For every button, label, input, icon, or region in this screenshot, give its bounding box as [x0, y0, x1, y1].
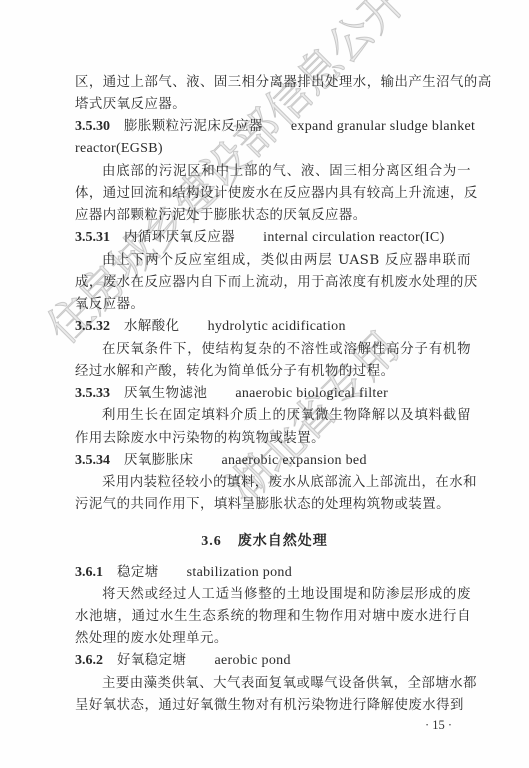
paragraph-first-line: 主要由藻类供氧、大气表面复氧或曝气设备供氧，全部塘水都	[102, 673, 471, 695]
text-line: 污泥气的共同作用下，填料呈膨胀状态的处理构筑物或装置。	[75, 494, 471, 516]
paragraph-first-line: 将天然或经过人工适当修整的土地设围堤和防渗层形成的废	[102, 584, 471, 606]
term-chinese: 水解酸化	[124, 319, 180, 334]
term-english: hydrolytic acidification	[208, 319, 346, 334]
text-line: 成，废水在反应器内自下而上流动，用于高浓度有机废水处理的厌	[75, 272, 471, 294]
term-english: anaerobic expansion bed	[221, 453, 366, 468]
text-line: 区，通过上部气、液、固三相分离器排出处理水，输出产生沼气的高	[75, 72, 471, 94]
term-number: 3.5.32	[75, 319, 110, 334]
paragraph-first-line: 由上下两个反应室组成，类似由两层 UASB 反应器串联而	[102, 250, 471, 272]
section-heading: 3.6废水自然处理	[0, 530, 529, 552]
paragraph-first-line: 由底部的污泥区和中上部的气、液、固三相分离区组合为一	[102, 161, 471, 183]
term-heading: 3.5.33厌氧生物滤池anaerobic biological filter	[75, 383, 471, 405]
text-line: 呈好氧状态，通过好氧微生物对有机污染物进行降解使废水得到	[75, 695, 471, 717]
term-heading: 3.6.2好氧稳定塘aerobic pond	[75, 650, 471, 672]
term-english: expand granular sludge blanket	[291, 119, 475, 134]
text-line: 塔式厌氧反应器。	[75, 94, 471, 116]
page-number: · 15 ·	[425, 718, 452, 733]
term-number: 3.5.31	[75, 230, 110, 245]
term-number: 3.5.34	[75, 453, 110, 468]
term-chinese: 稳定塘	[117, 565, 159, 580]
term-number: 3.5.30	[75, 119, 110, 134]
term-chinese: 内循环厌氧反应器	[124, 230, 235, 245]
term-english: anaerobic biological filter	[235, 386, 388, 401]
term-number: 3.6.1	[75, 565, 103, 580]
text-line: 然处理的废水处理单元。	[75, 628, 471, 650]
term-english: internal circulation reactor(IC)	[263, 230, 444, 245]
text-line: 氧反应器。	[75, 294, 471, 316]
term-chinese: 厌氧生物滤池	[124, 386, 207, 401]
text-line: 应器内部颗粒污泥处于膨胀状态的厌氧反应器。	[75, 205, 471, 227]
document-page: 住房城乡建设部信息公开 湖北省专用 区，通过上部气、液、固三相分离器排出处理水，…	[0, 0, 529, 768]
paragraph-first-line: 在厌氧条件下，使结构复杂的不溶性或溶解性高分子有机物	[102, 339, 471, 361]
term-english: stabilization pond	[187, 565, 292, 580]
term-heading: 3.5.31内循环厌氧反应器internal circulation react…	[75, 227, 471, 249]
text-line: reactor(EGSB)	[75, 138, 471, 160]
term-heading: 3.5.30膨胀颗粒污泥床反应器expand granular sludge b…	[75, 116, 471, 138]
term-heading: 3.6.1稳定塘stabilization pond	[75, 562, 471, 584]
term-number: 3.5.33	[75, 386, 110, 401]
text-line: 水池塘，通过水生生态系统的物理和生物作用对塘中废水进行自	[75, 606, 471, 628]
term-chinese: 膨胀颗粒污泥床反应器	[124, 119, 263, 134]
text-line: 作用去除废水中污染物的构筑物或装置。	[75, 428, 471, 450]
term-chinese: 好氧稳定塘	[117, 653, 186, 668]
paragraph-first-line: 利用生长在固定填料介质上的厌氧微生物降解以及填料截留	[102, 405, 471, 427]
term-number: 3.6.2	[75, 653, 103, 668]
paragraph-first-line: 采用内装粒径较小的填料，废水从底部流入上部流出，在水和	[102, 472, 471, 494]
section-title-text: 废水自然处理	[238, 533, 328, 549]
text-line: 经过水解和产酸，转化为简单低分子有机物的过程。	[75, 361, 471, 383]
term-heading: 3.5.32水解酸化hydrolytic acidification	[75, 316, 471, 338]
term-chinese: 厌氧膨胀床	[124, 453, 193, 468]
text-line: 体，通过回流和结构设计使废水在反应器内具有较高上升流速，反	[75, 183, 471, 205]
term-english: aerobic pond	[214, 653, 290, 668]
section-number: 3.6	[201, 534, 222, 549]
term-heading: 3.5.34厌氧膨胀床anaerobic expansion bed	[75, 450, 471, 472]
